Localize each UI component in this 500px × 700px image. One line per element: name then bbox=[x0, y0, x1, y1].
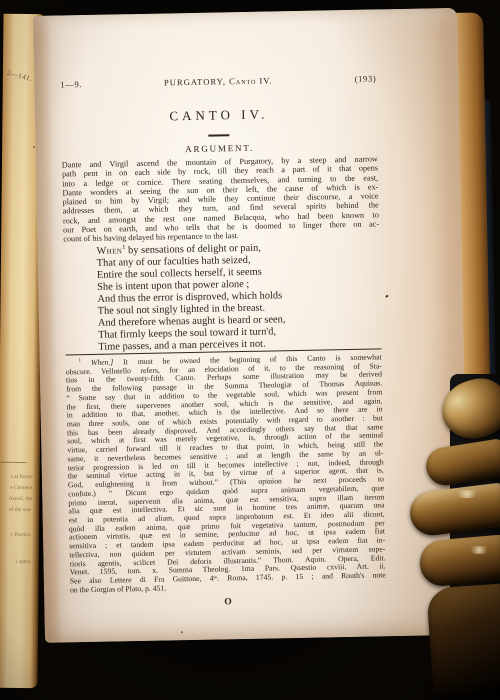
facing-page-fragment: e Clement bbox=[0, 483, 33, 494]
title-rule bbox=[208, 134, 229, 136]
facing-page-rule bbox=[1, 462, 27, 463]
hand-finger bbox=[426, 583, 500, 698]
footnote-lines: obscure. Vellutello refers, for an eluci… bbox=[66, 362, 386, 595]
ink-speck bbox=[385, 295, 389, 298]
verse-lines: That any of our faculties hath seized,En… bbox=[97, 252, 382, 353]
signature-mark: O bbox=[70, 594, 386, 610]
facing-page-fragment: of the son- bbox=[0, 505, 32, 516]
argument-heading: ARGUMENT. bbox=[62, 140, 378, 156]
running-header: 1—9. PURGATORY, Canto IV. (193) bbox=[60, 73, 376, 89]
verse-block: When1 by sensations of delight or pain, … bbox=[96, 240, 381, 353]
facing-page-fragment: s at Rome bbox=[0, 472, 33, 483]
footnote-number: 1 bbox=[79, 359, 81, 364]
page-number: (193) bbox=[306, 73, 376, 84]
facing-page-fragment: y Portion. bbox=[0, 530, 32, 541]
facing-page-corner-mark: 2—141. bbox=[6, 69, 33, 83]
hand-finger bbox=[418, 534, 500, 587]
bronze-hand-figure bbox=[398, 370, 500, 700]
facing-page-fragment: Ascoli, the bbox=[0, 494, 33, 505]
metal-glint bbox=[468, 546, 490, 554]
facing-page-fragment: i spem. bbox=[0, 557, 32, 568]
metal-glint bbox=[454, 490, 480, 498]
facing-page-text-fragments: s at Romee ClementAscoli, theof the son-… bbox=[0, 472, 33, 568]
running-title: PURGATORY, Canto IV. bbox=[130, 75, 306, 88]
verse-opening-word: When bbox=[96, 245, 122, 256]
foxing-speck bbox=[181, 631, 183, 633]
line-numbers: 1—9. bbox=[60, 78, 130, 89]
footnote-lemma: When.] bbox=[91, 358, 114, 367]
argument-paragraph: Dante and Virgil ascend the mountain of … bbox=[62, 154, 380, 244]
canto-title: CANTO IV. bbox=[61, 104, 377, 126]
book-photo: 2—141. s at Romee ClementAscoli, theof t… bbox=[0, 0, 500, 700]
footnote-block: 1 When.] It must be owned the beginning … bbox=[66, 353, 386, 594]
foxing-speck bbox=[33, 146, 35, 148]
